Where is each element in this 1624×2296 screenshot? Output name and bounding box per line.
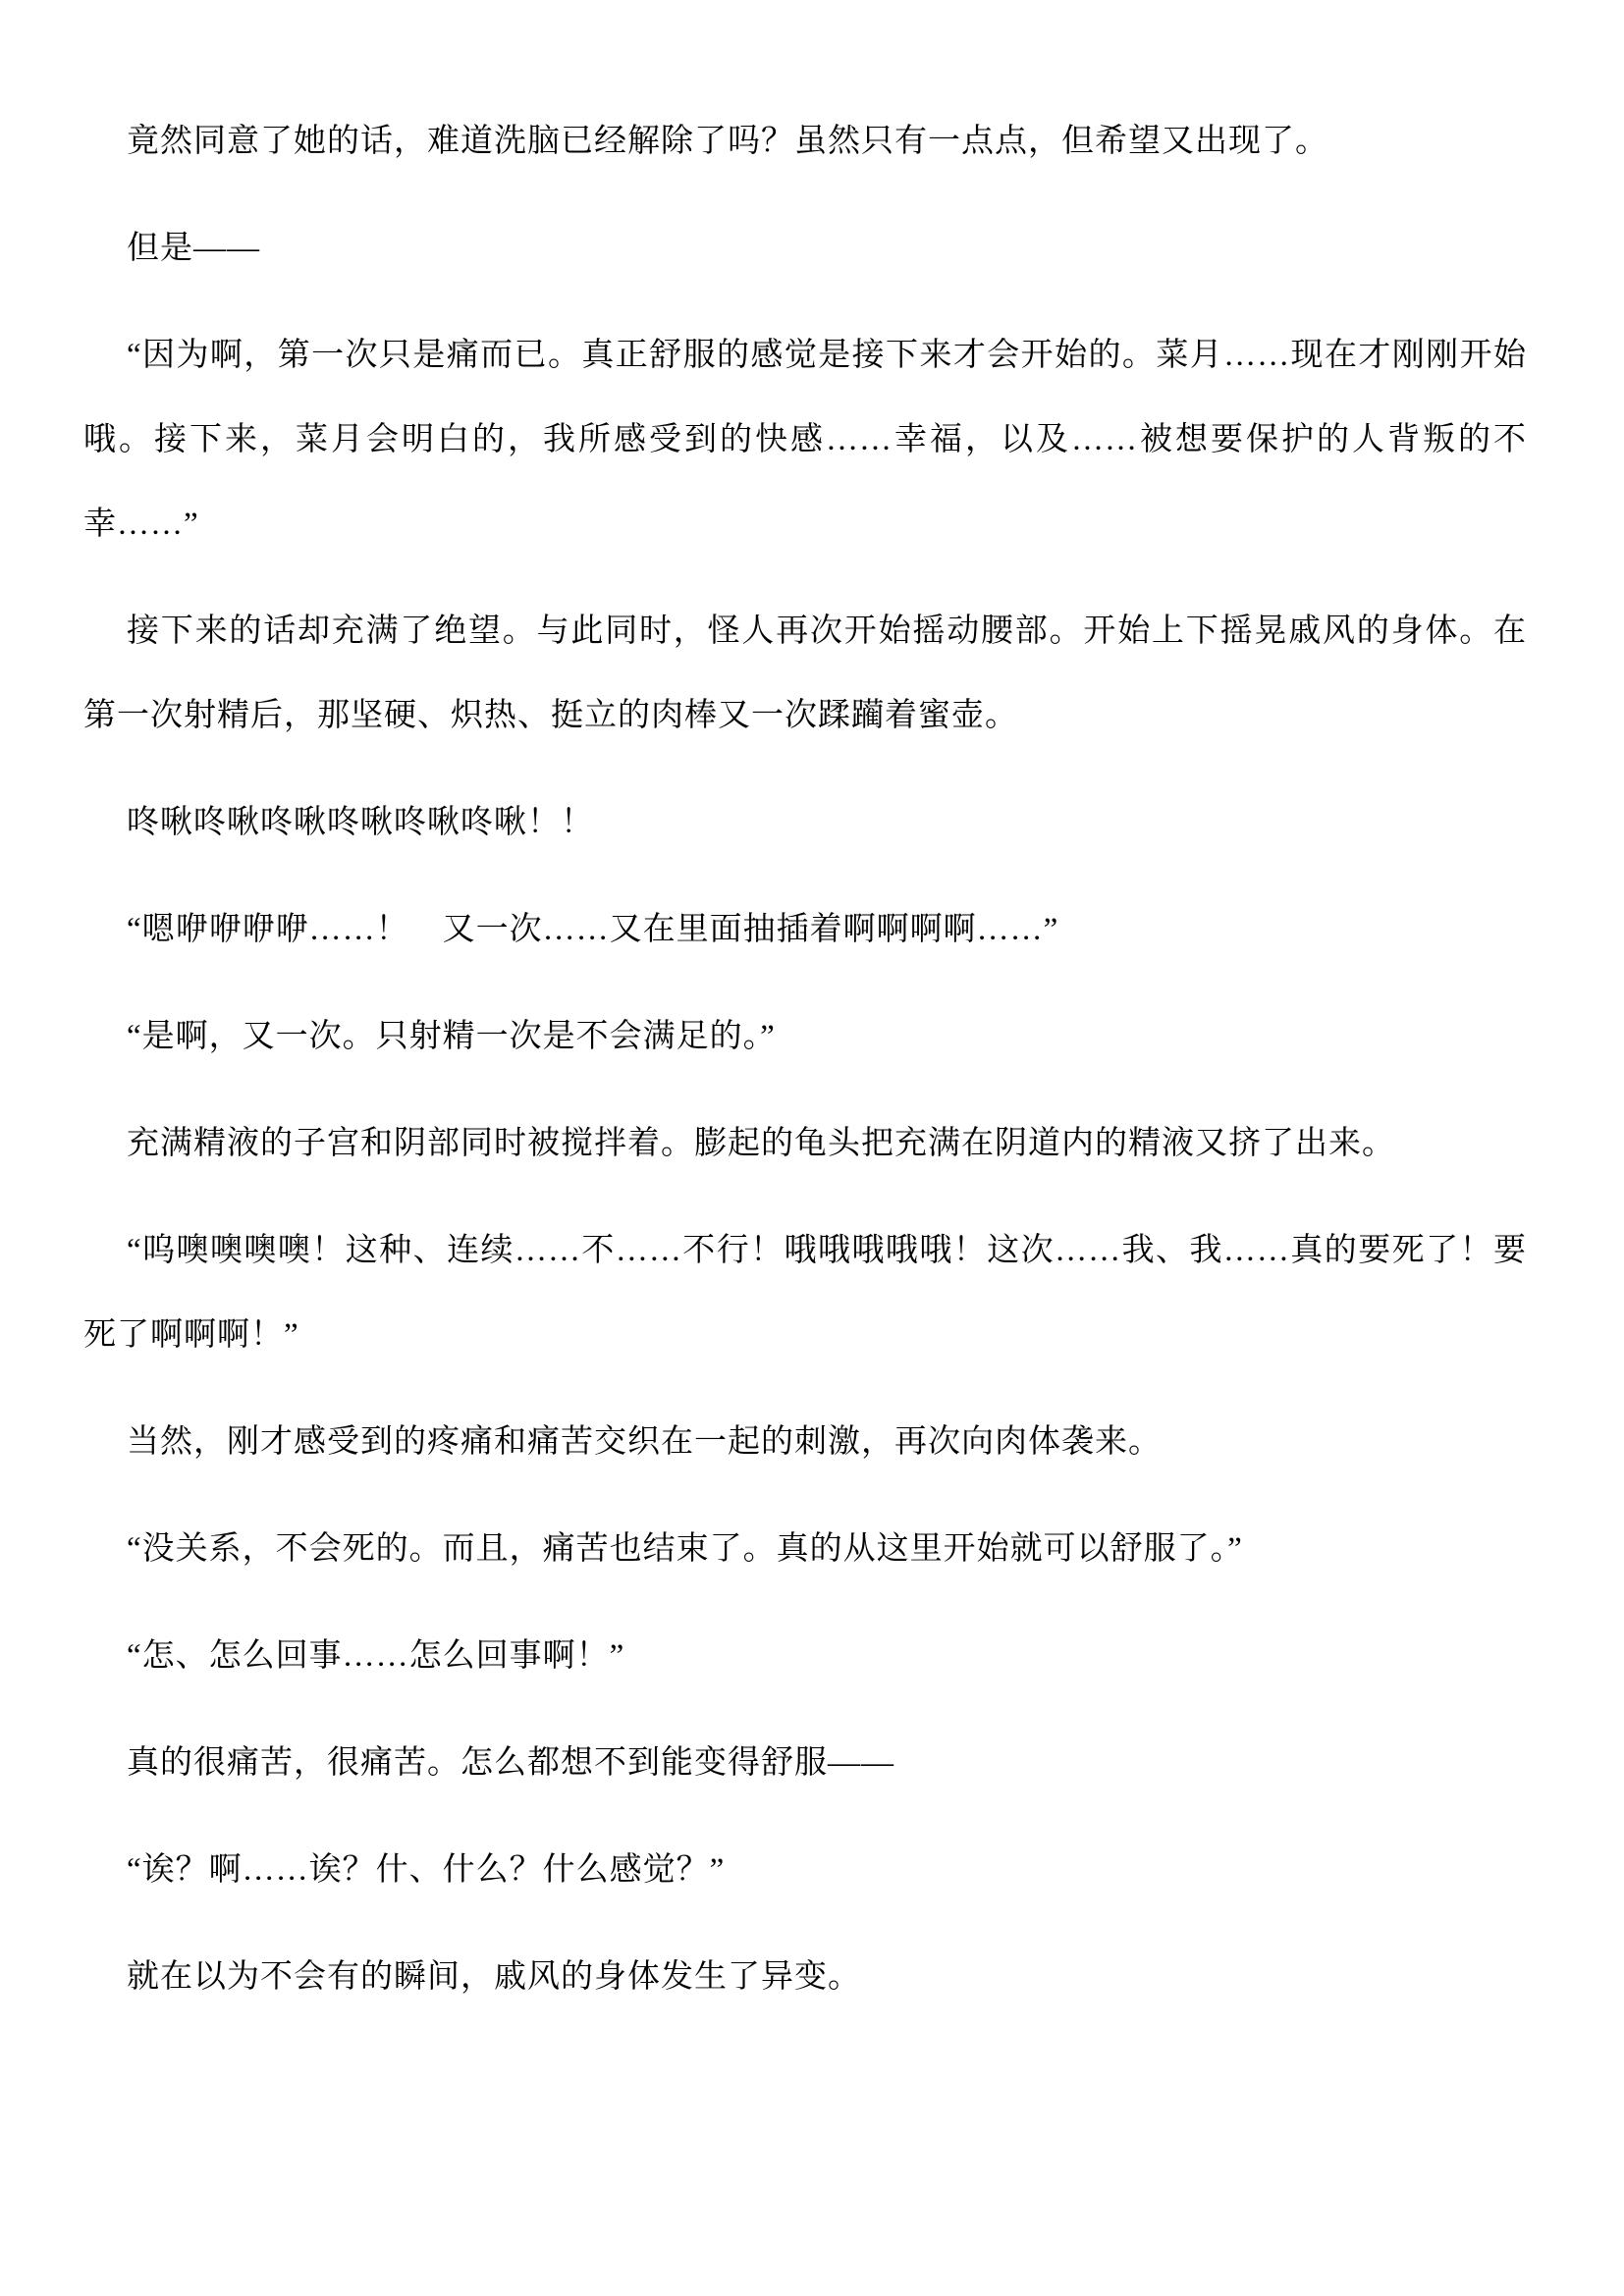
paragraph-11: “没关系，不会死的。而且，痛苦也结束了。真的从这里开始就可以舒服了。”: [83, 1507, 1527, 1591]
paragraph-07: “是啊，又一次。只射精一次是不会满足的。”: [83, 994, 1527, 1079]
paragraph-15: 就在以为不会有的瞬间，戚风的身体发生了异变。: [83, 1935, 1527, 2019]
paragraph-04: 接下来的话却充满了绝望。与此同时，怪人再次开始摇动腰部。开始上下摇晃戚风的身体。…: [83, 589, 1527, 758]
paragraph-05: 咚啾咚啾咚啾咚啾咚啾咚啾！！: [83, 780, 1527, 865]
paragraph-08: 充满精液的子宫和阴部同时被搅拌着。膨起的龟头把充满在阴道内的精液又挤了出来。: [83, 1101, 1527, 1186]
paragraph-02: 但是——: [83, 206, 1527, 291]
paragraph-03: “因为啊，第一次只是痛而已。真正舒服的感觉是接下来才会开始的。菜月……现在才刚刚…: [83, 313, 1527, 566]
paragraph-09: “呜噢噢噢噢！这种、连续……不……不行！哦哦哦哦哦！这次……我、我……真的要死了…: [83, 1208, 1527, 1377]
document-page: 竟然同意了她的话，难道洗脑已经解除了吗？虽然只有一点点，但希望又出现了。 但是—…: [0, 0, 1624, 2296]
paragraph-14: “诶？啊……诶？什、什么？什么感觉？”: [83, 1828, 1527, 1912]
paragraph-13: 真的很痛苦，很痛苦。怎么都想不到能变得舒服——: [83, 1721, 1527, 1805]
paragraph-12: “怎、怎么回事……怎么回事啊！”: [83, 1614, 1527, 1698]
paragraph-10: 当然，刚才感受到的疼痛和痛苦交织在一起的刺激，再次向肉体袭来。: [83, 1400, 1527, 1484]
paragraph-06: “嗯咿咿咿咿……！ 又一次……又在里面抽插着啊啊啊啊……”: [83, 887, 1527, 972]
paragraph-01: 竟然同意了她的话，难道洗脑已经解除了吗？虽然只有一点点，但希望又出现了。: [83, 99, 1527, 184]
